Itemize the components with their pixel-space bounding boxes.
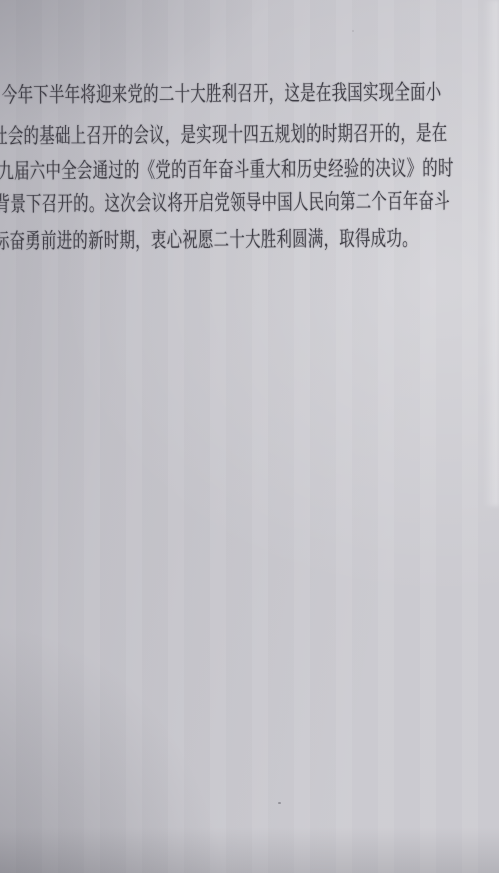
text-line-1: 今年下半年将迎来党的二十大胜利召开，这是在我国实现全面小 bbox=[2, 83, 442, 107]
paper-speck bbox=[352, 30, 354, 32]
text-line-2: 社会的基础上召开的会议，是实现十四五规划的时期召开的，是在 bbox=[0, 124, 447, 149]
text-line-4: 背景下召开的。这次会议将开启党领导中国人民向第二个百年奋斗 bbox=[0, 192, 450, 217]
document-photo: 今年下半年将迎来党的二十大胜利召开，这是在我国实现全面小 社会的基础上召开的会议… bbox=[0, 0, 499, 873]
paper-speck bbox=[278, 802, 281, 804]
document-text: 今年下半年将迎来党的二十大胜利召开，这是在我国实现全面小 社会的基础上召开的会议… bbox=[0, 0, 499, 873]
text-line-3: 九届六中全会通过的《党的百年奋斗重大和历史经验的决议》的时 bbox=[0, 159, 454, 184]
paper-edge-highlight bbox=[483, 0, 499, 506]
text-line-5: 标奋勇前进的新时期，衷心祝愿二十大胜利圆满，取得成功。 bbox=[0, 229, 418, 253]
paper-bottom-shadow bbox=[0, 827, 499, 873]
